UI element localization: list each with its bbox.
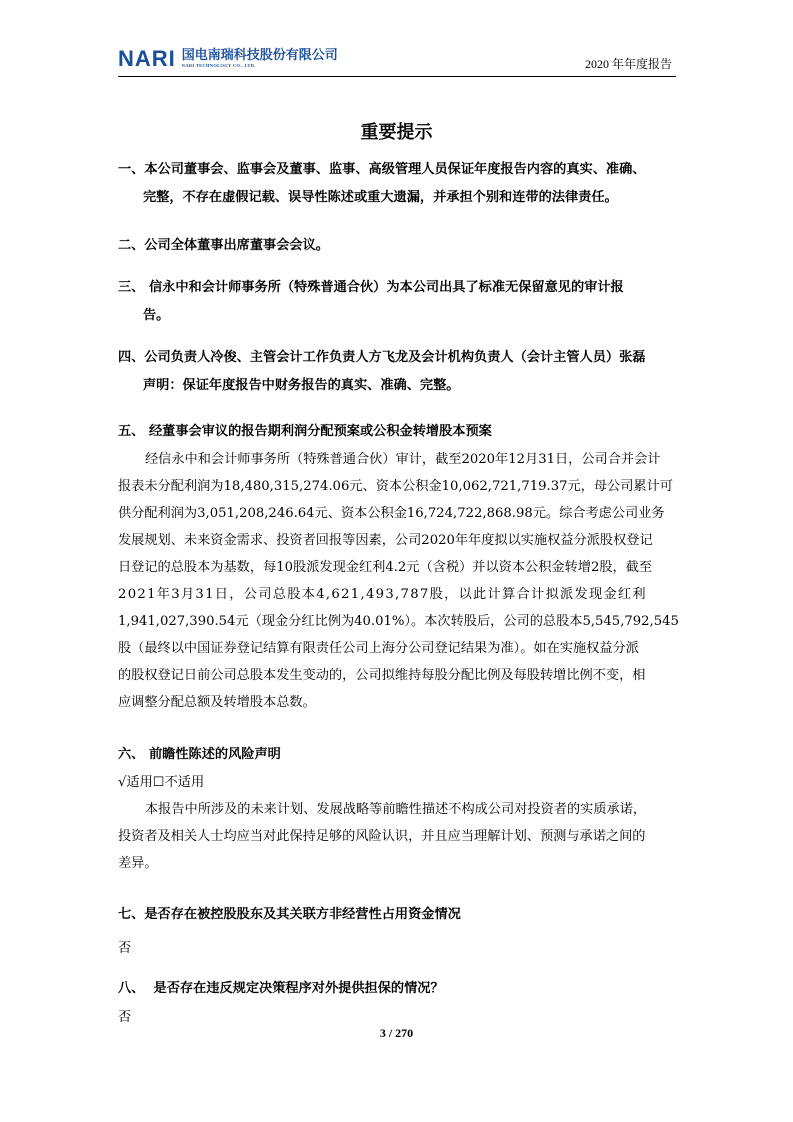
section-5-body-line: 2021年3月31日，公司总股本4,621,493,787股，以此计算合计拟派发… — [118, 583, 647, 602]
section-5-body-line: 发展规划、未来资金需求、投资者回报等因素，公司2020年年度拟以实施权益分派股权… — [118, 529, 653, 548]
section-5-body-line: 应调整分配总额及转增股本总数。 — [118, 691, 316, 710]
report-title: 2020 年年度报告 — [585, 55, 672, 72]
section-8-heading: 八、 是否存在违反规定决策程序对外提供担保的情况？ — [118, 977, 444, 996]
section-3-line-1: 三、 信永中和会计师事务所（特殊普通合伙）为本公司出具了标准无保留意见的审计报 — [118, 276, 624, 295]
section-1-line-2: 完整，不存在虚假记载、误导性陈述或重大遗漏，并承担个别和连带的法律责任。 — [143, 186, 618, 205]
section-5-body-line: 日登记的总股本为基数，每10股派发现金红利4.2元（含税）并以资本公积金转增2股… — [118, 556, 652, 575]
section-3-line-2: 告。 — [143, 304, 169, 323]
section-6-heading: 六、 前瞻性陈述的风险声明 — [118, 743, 281, 762]
company-logo: NARI 国电南瑞科技股份有限公司 NARI TECHNOLOGY CO., L… — [118, 48, 338, 70]
section-4-line-1: 四、公司负责人冷俊、主管会计工作负责人方飞龙及会计机构负责人（会计主管人员）张磊 — [118, 346, 646, 365]
section-8-answer: 否 — [118, 1006, 131, 1025]
section-5-body-line: 1,941,027,390.54元（现金分红比例为40.01%）。本次转股后，公… — [118, 610, 679, 629]
section-5-heading: 五、 经董事会审议的报告期利润分配预案或公积金转增股本预案 — [118, 420, 492, 439]
section-4-line-2: 声明：保证年度报告中财务报告的真实、准确、完整。 — [143, 374, 460, 393]
section-5-body-line: 的股权登记日前公司总股本发生变动的，公司拟维持每股分配比例及每股转增比例不变，相 — [118, 664, 646, 683]
section-7-heading: 七、是否存在被控股股东及其关联方非经营性占用资金情况 — [118, 903, 461, 922]
page-header: NARI 国电南瑞科技股份有限公司 NARI TECHNOLOGY CO., L… — [118, 46, 676, 77]
page-title: 重要提示 — [0, 118, 793, 144]
section-6-body-line: 本报告中所涉及的未来计划、发展战略等前瞻性描述不构成公司对投资者的实质承诺， — [145, 798, 646, 817]
section-7-answer: 否 — [118, 937, 131, 956]
section-5-body-line: 报表未分配利润为18,480,315,274.06元、资本公积金10,062,7… — [118, 475, 673, 494]
section-1-line-1: 一、本公司董事会、监事会及董事、监事、高级管理人员保证年度报告内容的真实、准确、 — [118, 158, 646, 177]
section-5-body-line: 经信永中和会计师事务所（特殊普通合伙）审计，截至2020年12月31日，公司合并… — [145, 448, 661, 467]
applicability-checkbox: √适用☐不适用 — [118, 771, 204, 790]
section-5-body-line: 供分配利润为3,051,208,246.64元、资本公积金16,724,722,… — [118, 502, 665, 521]
section-2-line-1: 二、公司全体董事出席董事会会议。 — [118, 234, 329, 253]
logo-company-en: NARI TECHNOLOGY CO., LTD. — [182, 63, 338, 69]
page-number: 3 / 270 — [0, 1026, 793, 1041]
logo-company-cn: 国电南瑞科技股份有限公司 — [182, 48, 338, 63]
section-5-body-line: 股（最终以中国证券登记结算有限责任公司上海分公司登记结果为准）。如在实施权益分派 — [118, 637, 639, 656]
logo-mark: NARI — [118, 48, 176, 70]
section-6-body-line: 投资者及相关人士均应当对此保持足够的风险认识，并且应当理解计划、预测与承诺之间的 — [118, 825, 646, 844]
section-6-body-line: 差异。 — [118, 852, 158, 871]
